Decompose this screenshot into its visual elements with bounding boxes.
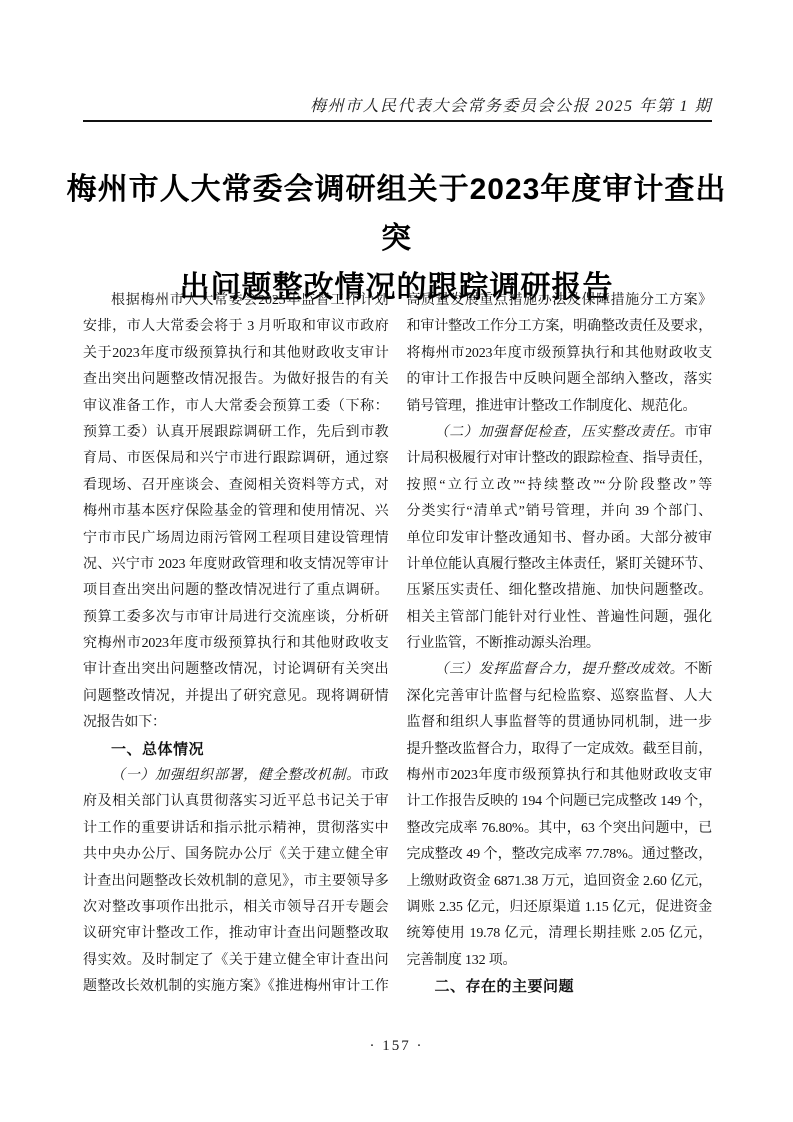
text-line: 销号管理，推进审计整改工作制度化、规范化。 (407, 394, 713, 420)
text-run: 预算工委多次与市审计局进行交流座谈，分析研 (83, 610, 389, 625)
title-line-1: 梅州市人大常委会调研组关于2023年度审计查出突 (55, 165, 738, 263)
text-line: 预算工委）认真开展跟踪调研工作，先后到市教 (83, 420, 389, 446)
text-run: 预算工委）认真开展跟踪调研工作，先后到市教 (83, 425, 389, 440)
text-run: 不断 (684, 662, 712, 677)
text-run: 审计查出突出问题整改情况，讨论调研有关突出 (83, 662, 389, 677)
page-number: · 157 · (0, 1038, 793, 1055)
text-line: 提升整改监督合力，取得了一定成效。截至目前， (407, 737, 713, 763)
text-run: 的审计工作报告中反映问题全部纳入整改，落实 (407, 372, 713, 387)
text-line: 究梅州市2023年度市级预算执行和其他财政收支 (83, 631, 389, 657)
text-line: 调账 2.35 亿元，归还原渠道 1.15 亿元，促进资金 (407, 895, 713, 921)
journal-header: 梅州市人民代表大会常务委员会公报 2025 年第 1 期 (83, 93, 712, 116)
text-line: 计局积极履行对审计整改的跟踪检查、指导责任， (407, 446, 713, 472)
text-run: 审议准备工作，市人大常委会预算工委（下称： (83, 399, 389, 414)
section-heading: 一、总体情况 (83, 737, 389, 763)
text-run: 宁市市民广场周边雨污管网工程项目建设管理情 (83, 531, 389, 546)
text-line: 完善制度 132 项。 (407, 948, 713, 974)
text-run: 市政 (361, 768, 389, 783)
text-run: 计工作报告反映的 194 个问题已完成整改 149 个， (407, 794, 713, 809)
text-line: （一）加强组织部署，健全整改机制。市政 (83, 763, 389, 789)
text-line: 查出突出问题整改情况报告。为做好报告的有关 (83, 367, 389, 393)
text-run: 单位印发审计整改通知书、督办函。大部分被审 (407, 531, 713, 546)
text-run: 市审 (684, 425, 712, 440)
text-line: 行业监管，不断推动源头治理。 (407, 631, 713, 657)
text-line: 上缴财政资金 6871.38 万元，追回资金 2.60 亿元， (407, 869, 713, 895)
text-line: （三）发挥监督合力，提升整改成效。不断 (407, 657, 713, 683)
text-run: 高质量发展重点措施办法及保障措施分工方案》 (407, 293, 713, 308)
text-line: 按照“立行立改”“持续整改”“分阶段整改”等 (407, 473, 713, 499)
text-line: 看现场、召开座谈会、查阅相关资料等方式，对 (83, 473, 389, 499)
text-line: 次对整改事项作出批示，相关市领导召开专题会 (83, 895, 389, 921)
text-line: 计单位能认真履行整改主体责任，紧盯关键环节、 (407, 552, 713, 578)
text-line: 关于2023年度市级预算执行和其他财政收支审计 (83, 341, 389, 367)
text-line: 育局、市医保局和兴宁市进行跟踪调研，通过察 (83, 446, 389, 472)
text-run: 况报告如下： (83, 715, 166, 730)
text-line: （二）加强督促检查，压实整改责任。市审 (407, 420, 713, 446)
text-run: 关于2023年度市级预算执行和其他财政收支审计 (83, 346, 389, 361)
body-columns: 根据梅州市人大常委会2025年监督工作计划安排，市人大常委会将于 3 月听取和审… (83, 288, 712, 1001)
text-run: 育局、市医保局和兴宁市进行跟踪调研，通过察 (83, 451, 389, 466)
text-run: 梅州市2023年度市级预算执行和其他财政收支审 (407, 768, 713, 783)
text-line: 项目查出突出问题的整改情况进行了重点调研。 (83, 578, 389, 604)
kaiti-subheading: （一）加强组织部署，健全整改机制。 (111, 768, 361, 783)
text-run: 调账 2.35 亿元，归还原渠道 1.15 亿元，促进资金 (407, 900, 713, 915)
text-line: 整改完成率 76.80%。其中，63 个突出问题中，已 (407, 816, 713, 842)
document-page: 梅州市人民代表大会常务委员会公报 2025 年第 1 期 梅州市人大常委会调研组… (0, 0, 793, 1122)
text-run: 究梅州市2023年度市级预算执行和其他财政收支 (83, 636, 389, 651)
text-line: 计查出问题整改长效机制的意见》，市主要领导多 (83, 869, 389, 895)
text-line: 深化完善审计监督与纪检监察、巡察监督、人大 (407, 684, 713, 710)
text-line: 预算工委多次与市审计局进行交流座谈，分析研 (83, 605, 389, 631)
text-run: 上缴财政资金 6871.38 万元，追回资金 2.60 亿元， (407, 874, 713, 889)
text-run: 计局积极履行对审计整改的跟踪检查、指导责任， (407, 451, 713, 466)
text-run: 计查出问题整改长效机制的意见》，市主要领导多 (83, 874, 389, 889)
text-run: 议研究审计整改工作，推动审计查出问题整改取 (83, 926, 389, 941)
text-run: 销号管理，推进审计整改工作制度化、规范化。 (407, 399, 697, 414)
left-column: 根据梅州市人大常委会2025年监督工作计划安排，市人大常委会将于 3 月听取和审… (83, 288, 389, 1001)
text-run: 行业监管，不断推动源头治理。 (407, 636, 600, 651)
text-line: 压紧压实责任、细化整改措施、加快问题整改。 (407, 578, 713, 604)
text-run: 次对整改事项作出批示，相关市领导召开专题会 (83, 900, 389, 915)
text-run: 项目查出突出问题的整改情况进行了重点调研。 (83, 583, 389, 598)
text-line: 共中央办公厅、国务院办公厅《关于建立健全审 (83, 842, 389, 868)
text-run: 统筹使用 19.78 亿元，清理长期挂账 2.05 亿元， (407, 926, 713, 941)
text-line: 将梅州市2023年度市级预算执行和其他财政收支 (407, 341, 713, 367)
text-run: 和审计整改工作分工方案，明确整改责任及要求， (407, 319, 713, 334)
text-line: 议研究审计整改工作，推动审计查出问题整改取 (83, 921, 389, 947)
text-line: 根据梅州市人大常委会2025年监督工作计划 (83, 288, 389, 314)
text-run: 一、总体情况 (111, 741, 204, 758)
text-run: 看现场、召开座谈会、查阅相关资料等方式，对 (83, 478, 389, 493)
text-line: 梅州市基本医疗保险基金的管理和使用情况、兴 (83, 499, 389, 525)
kaiti-subheading: （三）发挥监督合力，提升整改成效。 (435, 662, 685, 677)
text-run: 分类实行“清单式”销号管理，并向 39 个部门、 (407, 504, 713, 519)
text-run: 共中央办公厅、国务院办公厅《关于建立健全审 (83, 847, 389, 862)
text-run: 况、兴宁市 2023 年度财政管理和收支情况等审计 (83, 557, 389, 572)
text-run: 提升整改监督合力，取得了一定成效。截至目前， (407, 742, 713, 757)
text-line: 监督和组织人事监督等的贯通协同机制，进一步 (407, 710, 713, 736)
text-line: 审计查出突出问题整改情况，讨论调研有关突出 (83, 657, 389, 683)
text-run: 整改完成率 76.80%。其中，63 个突出问题中，已 (407, 821, 713, 836)
text-line: 完成整改 49 个，整改完成率 77.78%。通过整改， (407, 842, 713, 868)
text-run: 题整改长效机制的实施方案》《推进梅州审计工作 (83, 979, 389, 994)
text-line: 单位印发审计整改通知书、督办函。大部分被审 (407, 526, 713, 552)
text-line: 审议准备工作，市人大常委会预算工委（下称： (83, 394, 389, 420)
text-run: 府及相关部门认真贯彻落实习近平总书记关于审 (83, 794, 389, 809)
text-run: 深化完善审计监督与纪检监察、巡察监督、人大 (407, 689, 713, 704)
text-line: 府及相关部门认真贯彻落实习近平总书记关于审 (83, 789, 389, 815)
text-line: 计工作报告反映的 194 个问题已完成整改 149 个， (407, 789, 713, 815)
text-run: 压紧压实责任、细化整改措施、加快问题整改。 (407, 583, 713, 598)
text-run: 将梅州市2023年度市级预算执行和其他财政收支 (407, 346, 713, 361)
kaiti-subheading: （二）加强督促检查，压实整改责任。 (435, 425, 685, 440)
text-line: 况、兴宁市 2023 年度财政管理和收支情况等审计 (83, 552, 389, 578)
text-line: 统筹使用 19.78 亿元，清理长期挂账 2.05 亿元， (407, 921, 713, 947)
text-line: 计工作的重要讲话和指示批示精神，贯彻落实中 (83, 816, 389, 842)
text-run: 查出突出问题整改情况报告。为做好报告的有关 (83, 372, 389, 387)
text-run: 监督和组织人事监督等的贯通协同机制，进一步 (407, 715, 713, 730)
section-heading: 二、存在的主要问题 (407, 974, 713, 1000)
text-run: 二、存在的主要问题 (435, 978, 575, 995)
text-line: 的审计工作报告中反映问题全部纳入整改，落实 (407, 367, 713, 393)
text-run: 完善制度 132 项。 (407, 953, 517, 968)
text-line: 题整改长效机制的实施方案》《推进梅州审计工作 (83, 974, 389, 1000)
right-column: 高质量发展重点措施办法及保障措施分工方案》和审计整改工作分工方案，明确整改责任及… (407, 288, 713, 1001)
text-line: 高质量发展重点措施办法及保障措施分工方案》 (407, 288, 713, 314)
text-run: 按照“立行立改”“持续整改”“分阶段整改”等 (407, 478, 713, 493)
text-run: 完成整改 49 个，整改完成率 77.78%。通过整改， (407, 847, 713, 862)
text-run: 梅州市基本医疗保险基金的管理和使用情况、兴 (83, 504, 389, 519)
text-line: 分类实行“清单式”销号管理，并向 39 个部门、 (407, 499, 713, 525)
text-line: 安排，市人大常委会将于 3 月听取和审议市政府 (83, 314, 389, 340)
header-rule (83, 120, 712, 122)
text-line: 问题整改情况，并提出了研究意见。现将调研情 (83, 684, 389, 710)
text-run: 安排，市人大常委会将于 3 月听取和审议市政府 (83, 319, 389, 334)
text-run: 计工作的重要讲话和指示批示精神，贯彻落实中 (83, 821, 389, 836)
text-line: 相关主管部门能针对行业性、普遍性问题，强化 (407, 605, 713, 631)
text-line: 梅州市2023年度市级预算执行和其他财政收支审 (407, 763, 713, 789)
text-line: 和审计整改工作分工方案，明确整改责任及要求， (407, 314, 713, 340)
text-line: 况报告如下： (83, 710, 389, 736)
text-run: 问题整改情况，并提出了研究意见。现将调研情 (83, 689, 389, 704)
text-line: 宁市市民广场周边雨污管网工程项目建设管理情 (83, 526, 389, 552)
text-run: 相关主管部门能针对行业性、普遍性问题，强化 (407, 610, 713, 625)
text-run: 计单位能认真履行整改主体责任，紧盯关键环节、 (407, 557, 713, 572)
text-line: 得实效。及时制定了《关于建立健全审计查出问 (83, 948, 389, 974)
text-run: 根据梅州市人大常委会2025年监督工作计划 (111, 293, 389, 308)
text-run: 得实效。及时制定了《关于建立健全审计查出问 (83, 953, 389, 968)
